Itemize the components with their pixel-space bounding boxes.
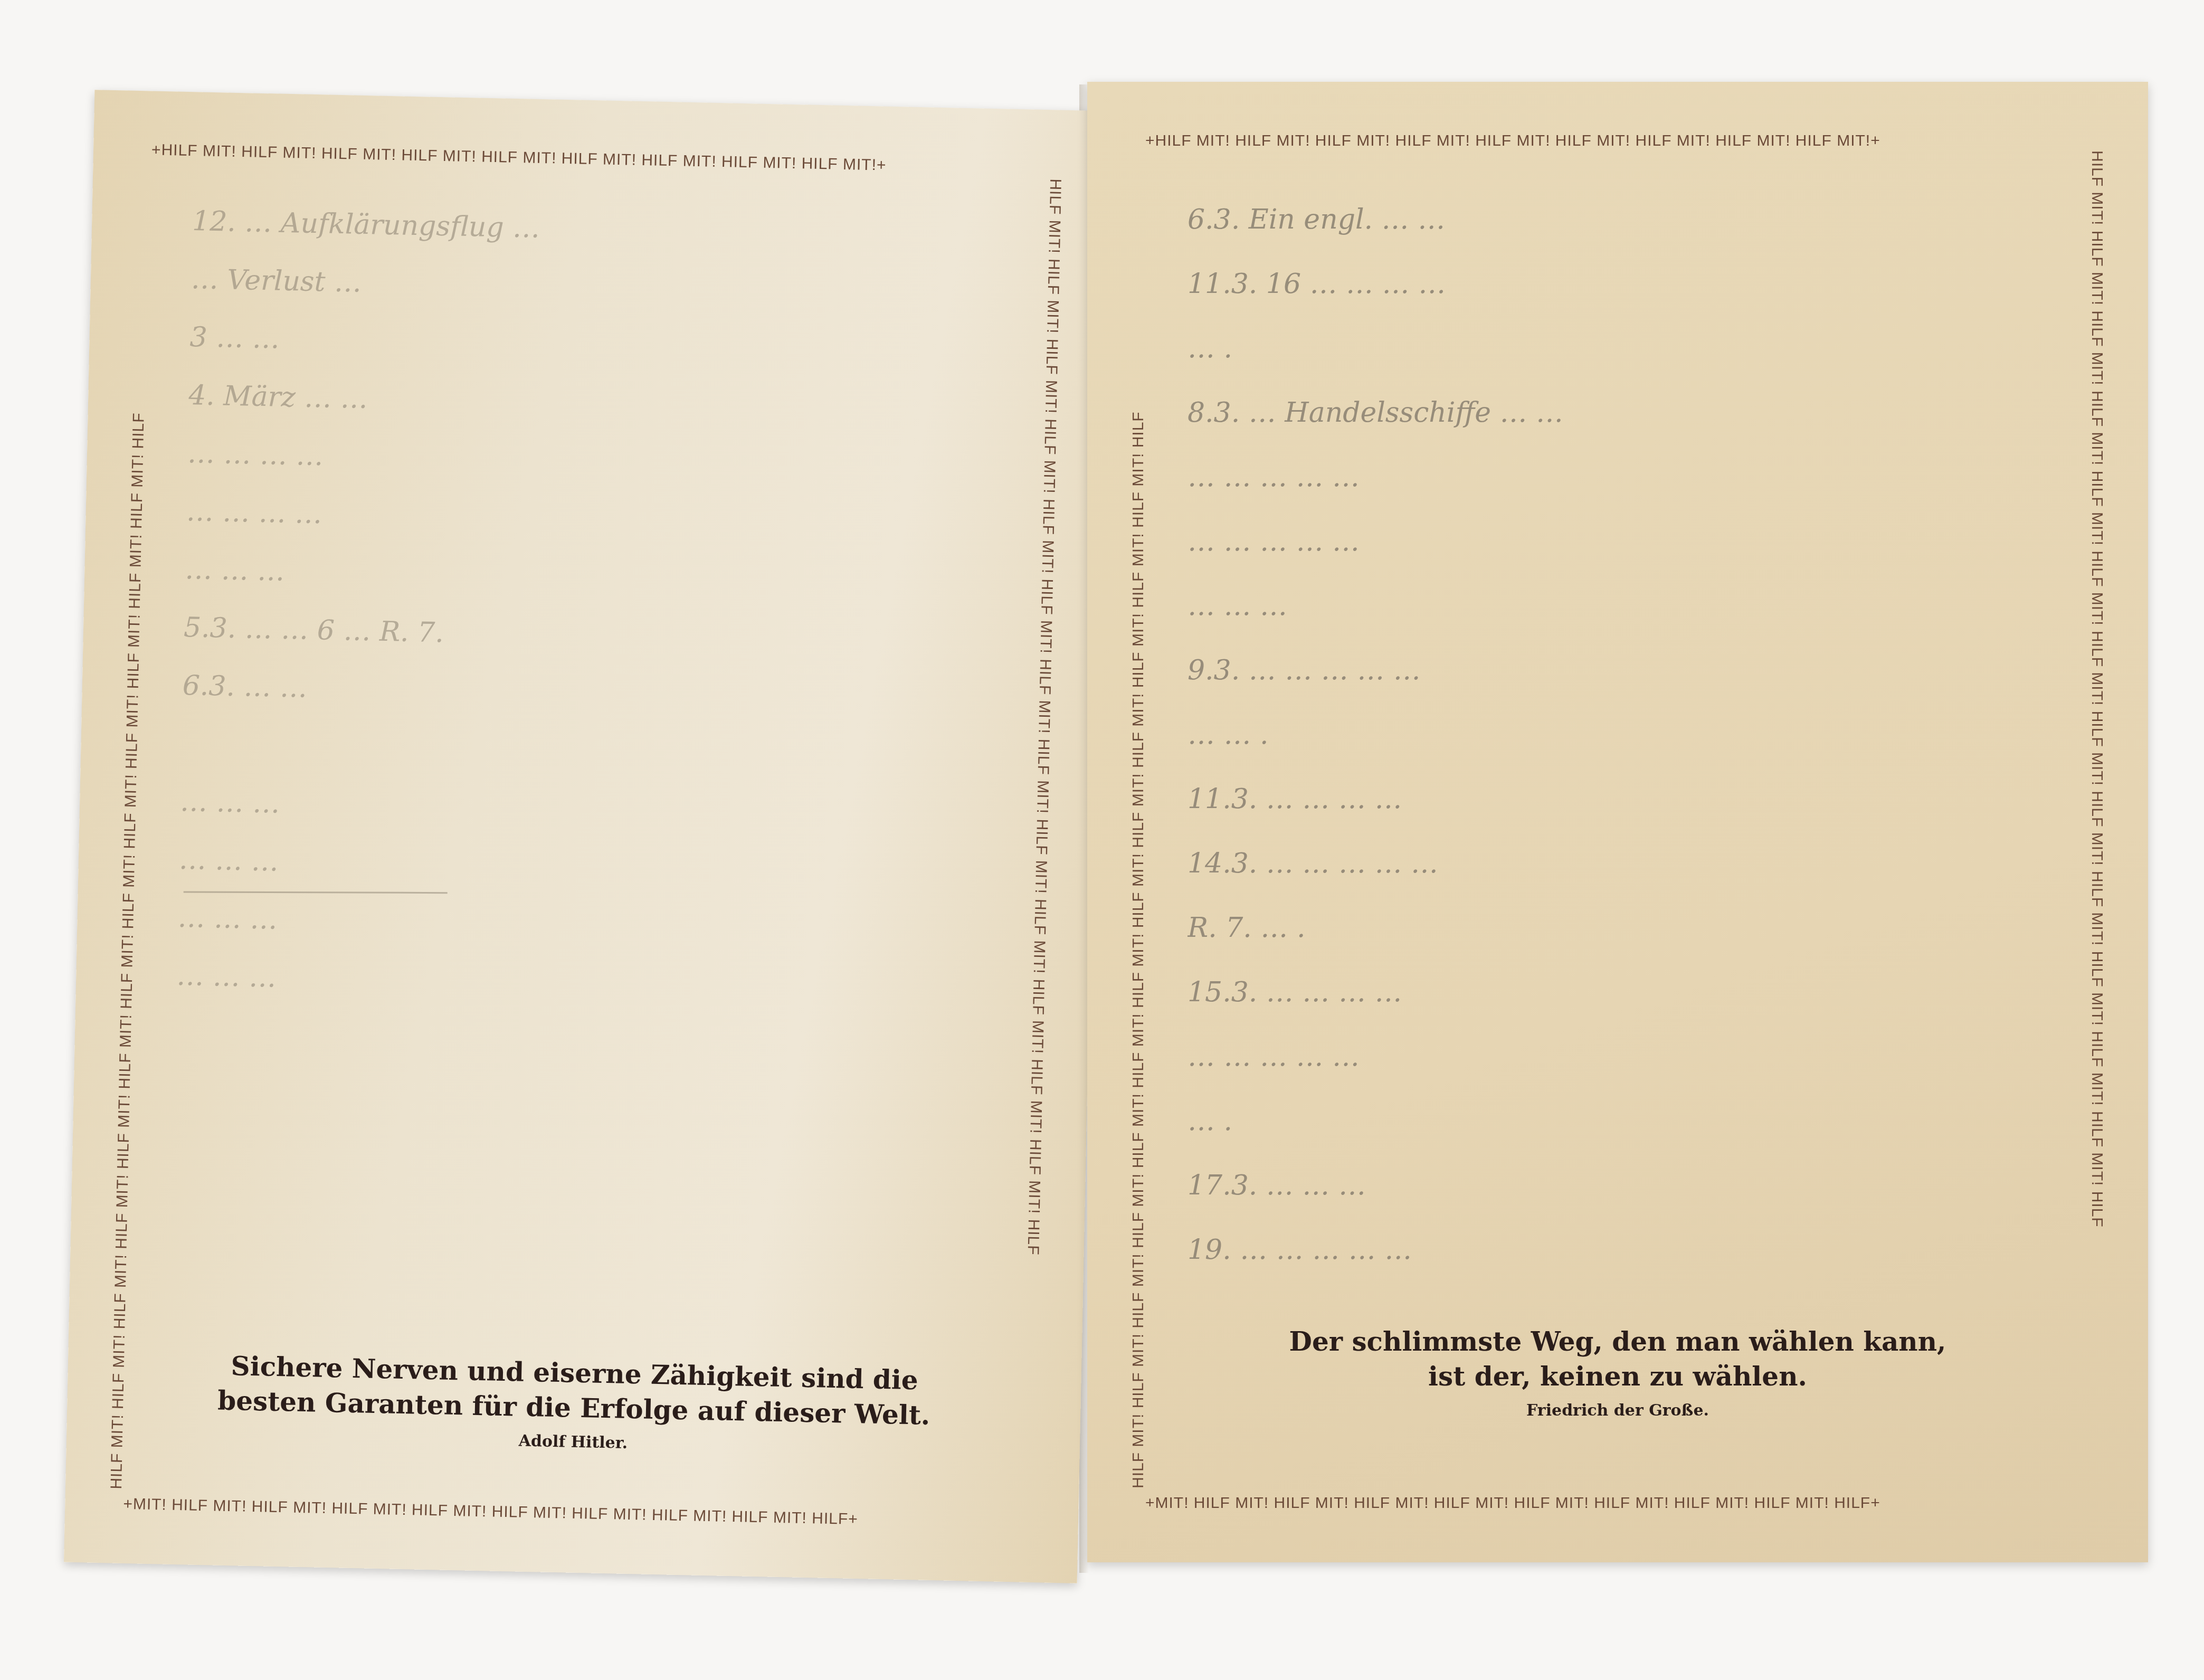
right-page-border-left: HILF MIT! HILF MIT! HILF MIT! HILF MIT! …	[1129, 150, 1151, 1488]
left-page-border-top: +HILF MIT! HILF MIT! HILF MIT! HILF MIT!…	[151, 141, 1049, 178]
right-page-quote: Der schlimmste Weg, den man wählen kann,…	[1087, 1324, 2148, 1420]
right-page-border-bottom: +MIT! HILF MIT! HILF MIT! HILF MIT! HILF…	[1145, 1494, 2090, 1512]
handwriting-line: 14.3. … … … … …	[1187, 831, 2048, 896]
handwriting-line: 11.3. … … … …	[1187, 767, 2048, 831]
handwriting-line: 15.3. … … … …	[1187, 960, 2048, 1024]
right-page-border-top: +HILF MIT! HILF MIT! HILF MIT! HILF MIT!…	[1145, 132, 2090, 150]
handwriting-line: 6.3. Ein engl. … …	[1187, 187, 2048, 252]
handwriting-line: … … … … …	[1187, 509, 2048, 574]
quote-text: Der schlimmste Weg, den man wählen kann,…	[1087, 1324, 2148, 1394]
quote-text: Sichere Nerven und eiserne Zähigkeit sin…	[67, 1345, 1081, 1436]
handwriting-line: 19. … … … … …	[1187, 1218, 2048, 1282]
left-page-border-right: HILF MIT! HILF MIT! HILF MIT! HILF MIT! …	[1015, 178, 1065, 1508]
handwriting-line: R. 7. … .	[1187, 896, 2048, 960]
handwriting-line: … … .	[1187, 703, 2048, 767]
left-page-border-bottom: +MIT! HILF MIT! HILF MIT! HILF MIT! HILF…	[123, 1495, 1020, 1532]
handwriting-line: … … …	[1187, 574, 2048, 638]
handwriting-line: … … … … …	[1187, 445, 2048, 509]
quote-author: Friedrich der Große.	[1087, 1401, 2148, 1420]
left-page-border-left: HILF MIT! HILF MIT! HILF MIT! HILF MIT! …	[108, 159, 157, 1489]
right-page-handwriting: 6.3. Ein engl. … … 11.3. 16 … … … … … . …	[1187, 187, 2048, 1282]
right-page-border-right: HILF MIT! HILF MIT! HILF MIT! HILF MIT! …	[2085, 150, 2106, 1488]
right-page: +HILF MIT! HILF MIT! HILF MIT! HILF MIT!…	[1087, 82, 2148, 1562]
handwriting-line: 17.3. … … …	[1187, 1153, 2048, 1218]
handwriting-line: 9.3. … … … … …	[1187, 638, 2048, 703]
handwriting-line: … .	[1187, 1089, 2048, 1153]
handwriting-line: … .	[1187, 316, 2048, 381]
handwriting-line: … … … … …	[1187, 1024, 2048, 1089]
left-page-quote: Sichere Nerven und eiserne Zähigkeit sin…	[66, 1345, 1081, 1462]
handwriting-line: 8.3. … Handelsschiffe … …	[1187, 381, 2048, 445]
left-page-handwriting: 12. … Aufklärungsflug … … Verlust … 3 … …	[176, 192, 1005, 1022]
handwriting-line: 11.3. 16 … … … …	[1187, 252, 2048, 316]
left-page: +HILF MIT! HILF MIT! HILF MIT! HILF MIT!…	[64, 90, 1108, 1583]
